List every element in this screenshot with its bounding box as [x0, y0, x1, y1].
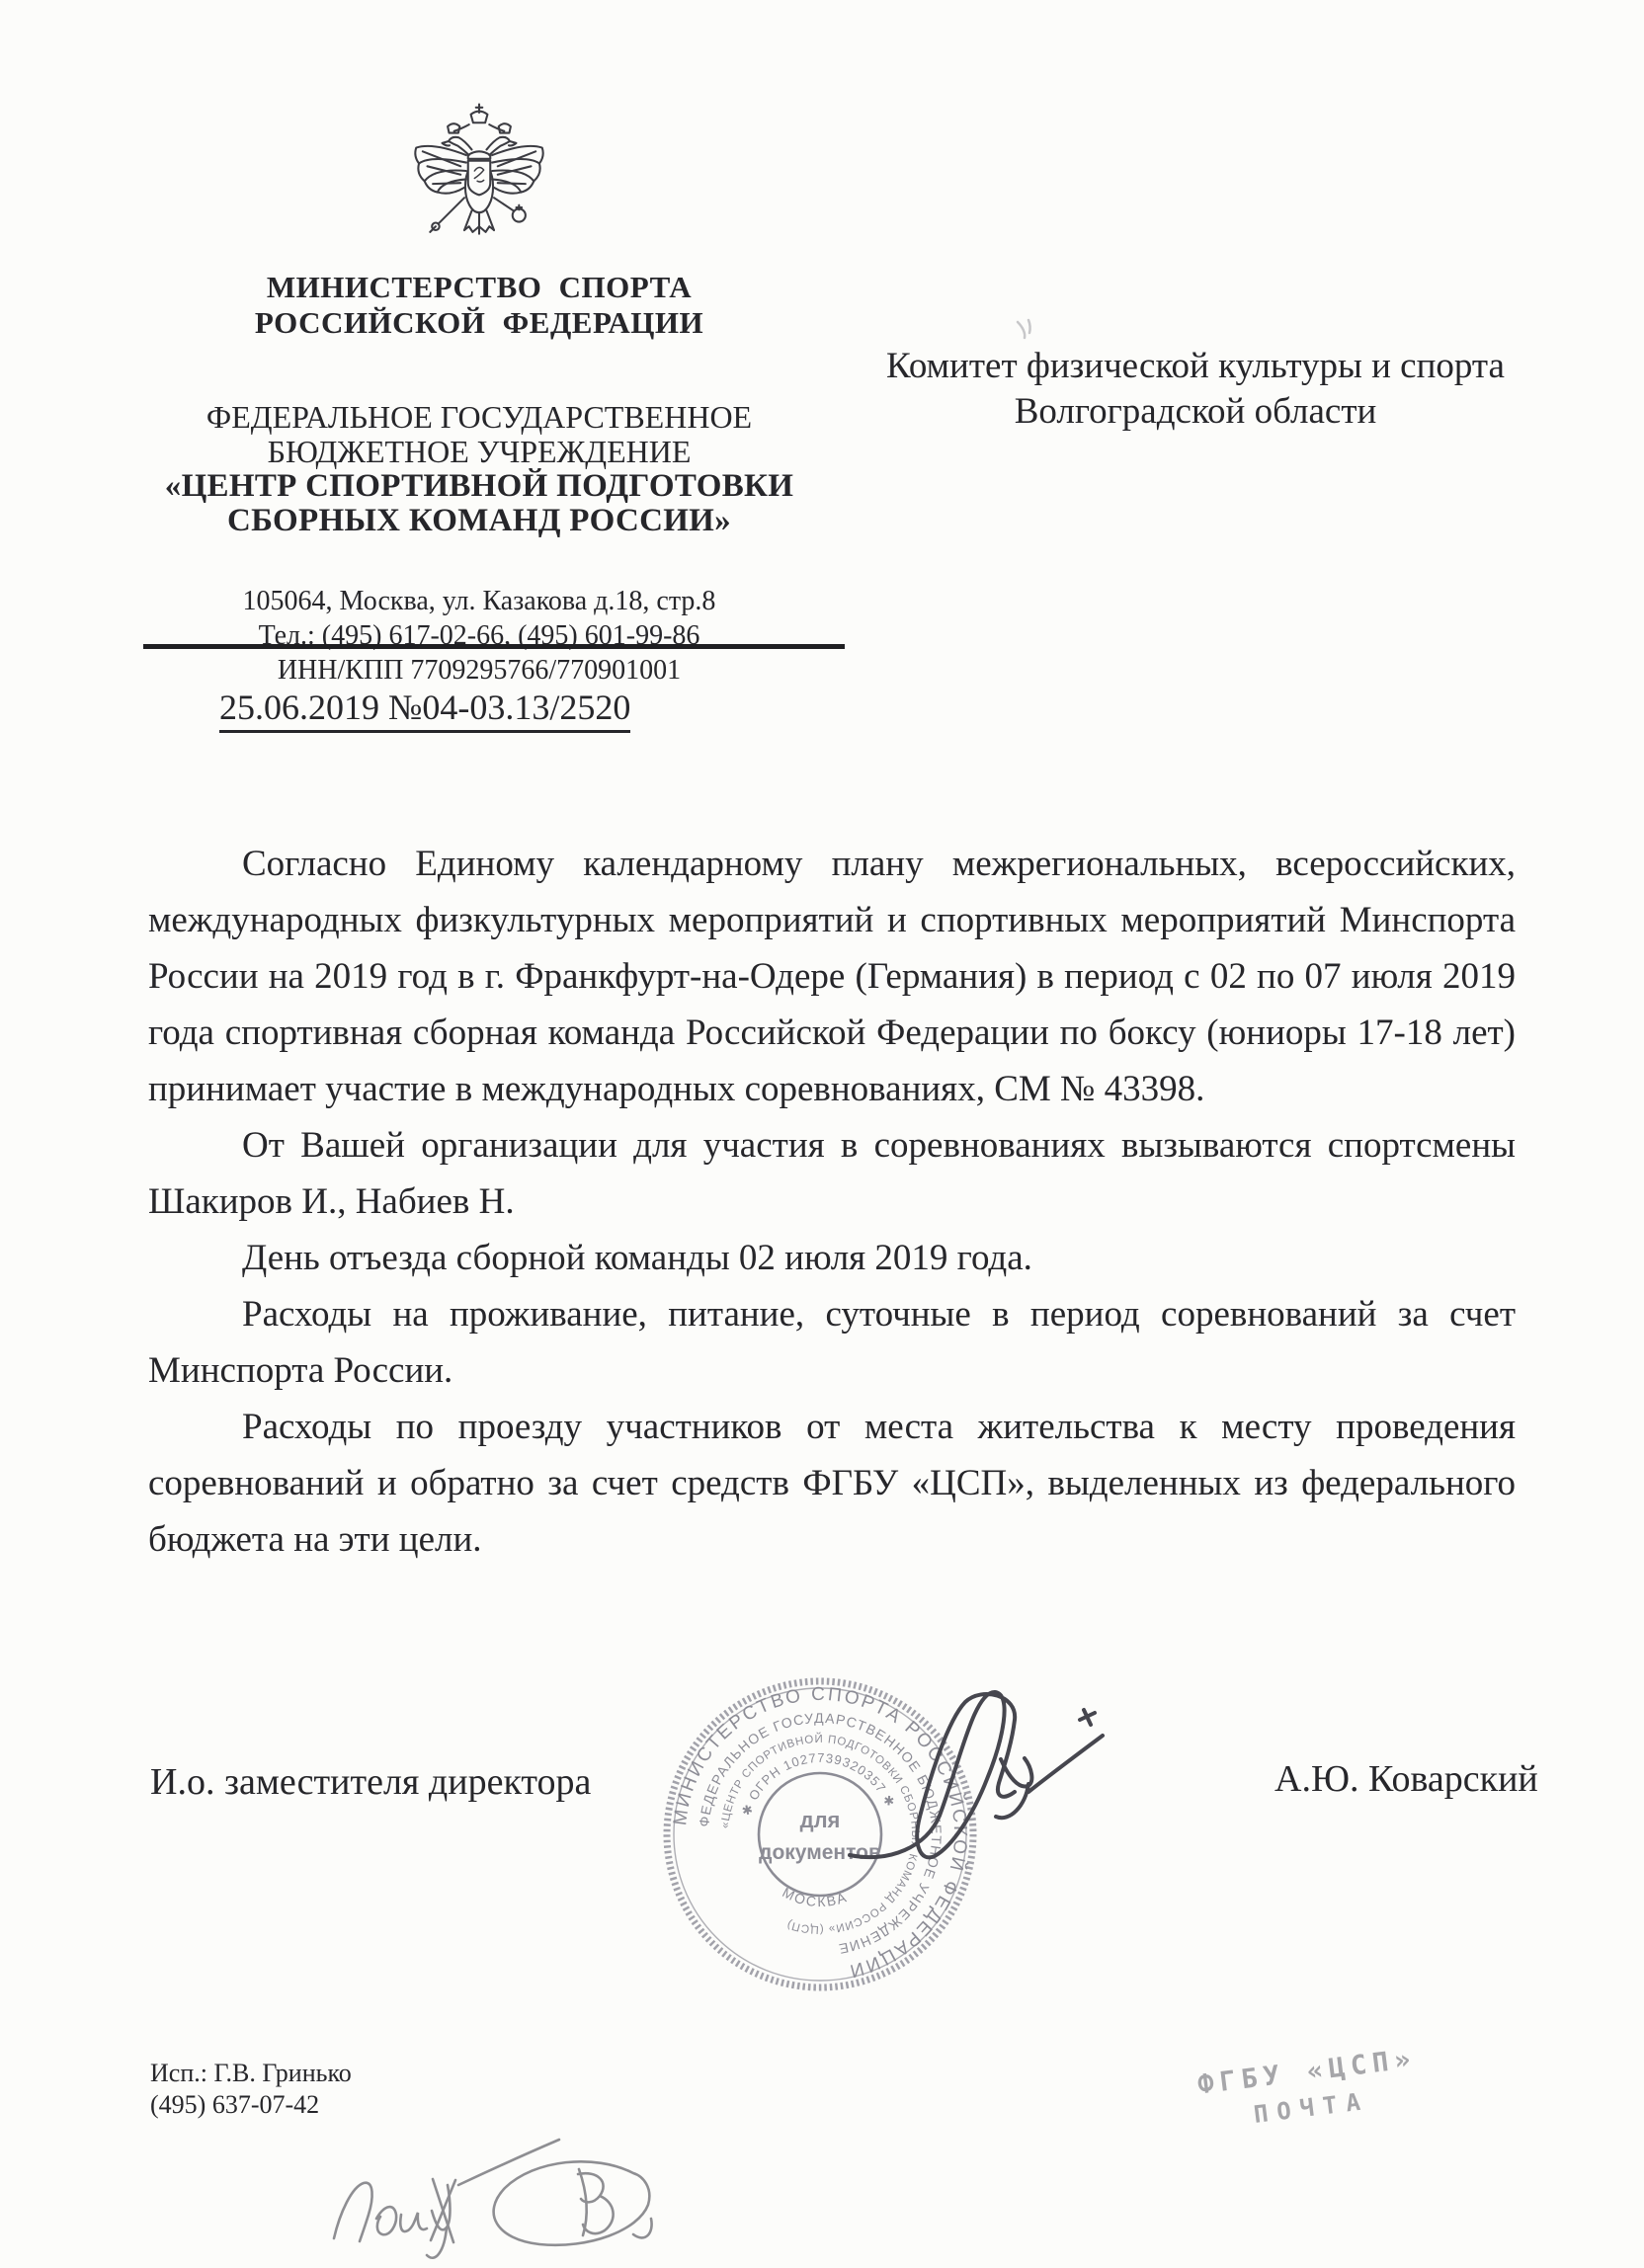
paragraph-expenses-travel: Расходы по проезду участников от места ж…: [148, 1399, 1516, 1568]
recipient-line1: Комитет физической культуры и спорта: [850, 344, 1541, 389]
org-name-line3: «ЦЕНТР СПОРТИВНОЙ ПОДГОТОВКИ: [126, 469, 832, 504]
executor-phone: (495) 637-07-42: [150, 2089, 352, 2121]
header-divider-rule: [143, 644, 845, 649]
paragraph-competition-info: Согласно Единому календарному плану межр…: [148, 836, 1516, 1117]
org-name-line4: СБОРНЫХ КОМАНД РОССИИ»: [126, 504, 832, 538]
org-name-line2: БЮДЖЕТНОЕ УЧРЕЖДЕНИЕ: [126, 435, 832, 469]
stamp-center-line2: документов: [759, 1841, 881, 1864]
org-name-line1: ФЕДЕРАЛЬНОЕ ГОСУДАРСТВЕННОЕ: [126, 400, 832, 435]
ministry-name-line1: МИНИСТЕРСТВО СПОРТА: [126, 270, 832, 305]
ministry-name-line2: РОССИЙСКОЙ ФЕДЕРАЦИИ: [126, 305, 832, 341]
pen-smudge: [1018, 320, 1030, 338]
bottom-handwritten-signatures: [334, 2140, 652, 2258]
scanned-letter-page: { "header": { "emblem_name": "russian-fe…: [0, 0, 1644, 2268]
recipient-block: Комитет физической культуры и спорта Вол…: [850, 344, 1541, 435]
coat-of-arms-icon: [405, 99, 553, 243]
svg-text:МОСКВА: МОСКВА: [780, 1884, 850, 1909]
org-inn-kpp: ИНН/КПП 7709295766/770901001: [126, 653, 832, 688]
svg-text:ФЕДЕРАЛЬНОЕ ГОСУДАРСТВЕННОЕ БЮ: ФЕДЕРАЛЬНОЕ ГОСУДАРСТВЕННОЕ БЮДЖЕТНОЕ УЧ…: [696, 1710, 945, 1958]
stamp-ring2-text: ФЕДЕРАЛЬНОЕ ГОСУДАРСТВЕННОЕ БЮДЖЕТНОЕ УЧ…: [696, 1710, 945, 1958]
organization-name: ФЕДЕРАЛЬНОЕ ГОСУДАРСТВЕННОЕ БЮДЖЕТНОЕ УЧ…: [126, 400, 832, 538]
reference-number-line: 25.06.2019 №04-03.13/2520: [219, 687, 630, 728]
stamp-center-line1: для: [800, 1808, 841, 1832]
signer-position-title: И.о. заместителя директора: [150, 1760, 591, 1804]
executor-block: Исп.: Г.В. Гринько (495) 637-07-42: [150, 2058, 352, 2121]
date-and-number: 25.06.2019 №04-03.13/2520: [219, 688, 630, 733]
signer-name: А.Ю. Коварский: [1274, 1757, 1538, 1801]
stamp-city-text: МОСКВА: [780, 1884, 850, 1909]
paragraph-athletes: От Вашей организации для участия в сорев…: [148, 1117, 1516, 1230]
recipient-line2: Волгоградской области: [850, 389, 1541, 435]
executor-name: Исп.: Г.В. Гринько: [150, 2058, 352, 2089]
official-round-stamp: МИНИСТЕРСТВО СПОРТА РОССИЙСКОЙ ФЕДЕРАЦИИ…: [655, 1669, 985, 1999]
stamp-rings: [667, 1681, 973, 1987]
letter-body: Согласно Единому календарному плану межр…: [148, 836, 1516, 1568]
org-address: 105064, Москва, ул. Казакова д.18, стр.8: [126, 584, 832, 618]
ministry-name: МИНИСТЕРСТВО СПОРТА РОССИЙСКОЙ ФЕДЕРАЦИИ: [126, 270, 832, 341]
paragraph-departure-date: День отъезда сборной команды 02 июля 201…: [148, 1230, 1516, 1286]
mail-stamp: ФГБУ «ЦСП» ПОЧТА: [1183, 2042, 1436, 2137]
org-contact-block: 105064, Москва, ул. Казакова д.18, стр.8…: [126, 584, 832, 688]
paragraph-expenses-minsport: Расходы на проживание, питание, суточные…: [148, 1286, 1516, 1399]
sender-header-block: МИНИСТЕРСТВО СПОРТА РОССИЙСКОЙ ФЕДЕРАЦИИ…: [126, 0, 832, 688]
